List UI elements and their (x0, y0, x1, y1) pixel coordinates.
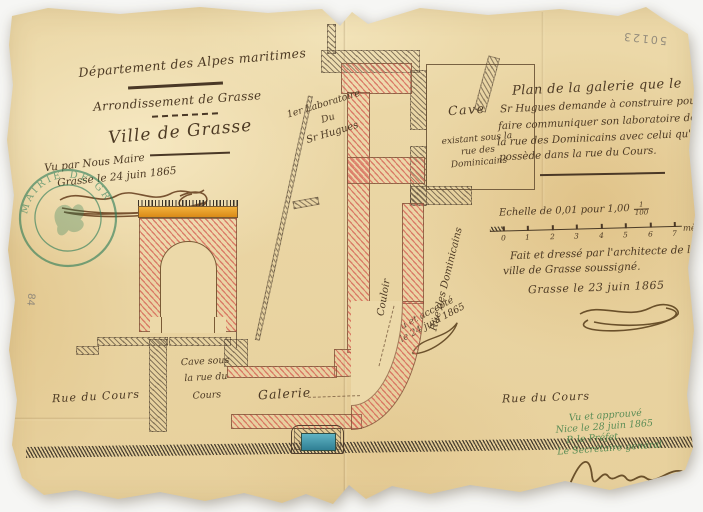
paper-shadow-wrap: Département des Alpes maritimes Arrondis… (0, 0, 703, 512)
scale-tick-label-3: 3 (574, 231, 579, 240)
scale-caption-text: Echelle de 0,01 pour 1,00 (499, 203, 630, 219)
scale-tick (625, 223, 627, 228)
arch-orange-band (138, 206, 238, 218)
header-divider-squiggle (152, 112, 218, 117)
gallery-mid-connector (347, 157, 425, 184)
scale-tick (601, 224, 603, 229)
scale-tick-label-7: 7 (672, 229, 677, 238)
pencil-margin-number: 84 (24, 293, 36, 307)
scale-tick-label-2: 2 (550, 232, 555, 241)
wall-cave-left (410, 70, 427, 130)
header-divider-1 (128, 82, 223, 89)
header-arrondissement: Arrondissement de Grasse (93, 88, 262, 114)
galerie-label: Galerie (258, 385, 312, 403)
arch-right-foot-cut (214, 317, 226, 333)
header-ville: Ville de Grasse (107, 116, 253, 149)
header-divider-2 (150, 152, 230, 157)
wall-left-step (76, 346, 99, 355)
arch-opening (160, 241, 217, 333)
mairie-stamp: MAIRIE DE GRASSE (6, 164, 130, 278)
wall-mid-horizontal (169, 337, 231, 346)
aged-paper-sheet: Département des Alpes maritimes Arrondis… (0, 0, 703, 512)
architect-signature-flourish (568, 294, 693, 336)
gallery-right-vertical (402, 203, 424, 304)
cave-label-title: Cave (448, 101, 486, 119)
rue-cours-label-right: Rue du Cours (502, 389, 590, 405)
rue-cours-label-left: Rue du Cours (52, 388, 141, 406)
scale-tick (552, 225, 554, 230)
fold-crease-left-horizontal (8, 417, 158, 421)
attribution-line-2: ville de Grasse soussigné. (503, 261, 641, 278)
basin-blue-fill (301, 433, 336, 451)
scale-tick (674, 222, 676, 227)
header-department: Département des Alpes maritimes (78, 45, 307, 80)
scanned-plan-photo: Département des Alpes maritimes Arrondis… (0, 0, 703, 512)
pencil-inventory-number: 50123 (621, 30, 667, 48)
scale-tick-label-0: 0 (501, 233, 506, 242)
scale-tick (503, 226, 505, 231)
scale-tick (527, 226, 529, 231)
wall-small-tick (293, 197, 320, 209)
attribution-line-1: Fait et dressé par l'architecte de la (510, 244, 697, 263)
wall-left-vertical (149, 339, 167, 432)
scale-fraction: 1100 (633, 201, 649, 217)
scale-bar-line (490, 226, 682, 232)
arch-left-foot-cut (150, 317, 162, 333)
scale-fraction-denominator: 100 (634, 209, 650, 217)
gallery-curve (351, 301, 424, 430)
street-basin-outline (291, 425, 344, 454)
title-underline (540, 172, 665, 176)
arch-drop-line (236, 332, 237, 348)
scale-bar: 0 1 2 3 4 5 6 7 mètres (490, 219, 703, 247)
gallery-top-horizontal (227, 366, 337, 378)
arch-elevation-body (139, 218, 237, 332)
scale-tick-label-6: 6 (648, 230, 653, 239)
prefect-signature-flourish (560, 448, 690, 500)
gallery-curve-inner-cut (351, 301, 403, 406)
scale-tick-label-4: 4 (599, 231, 604, 240)
scale-unit-label: mètres (683, 223, 703, 234)
cave-sous-line-2: la rue du (173, 365, 238, 391)
scale-tick-label-1: 1 (525, 233, 530, 242)
scale-caption: Echelle de 0,01 pour 1,001100 (499, 201, 650, 221)
scale-tick-label-5: 5 (623, 230, 628, 239)
title-line-1: Plan de la galerie que le (512, 76, 682, 98)
scale-tick (576, 225, 578, 230)
cave-sous-label: Cave sous la rue du Cours (173, 354, 239, 402)
scale-tick (650, 223, 652, 228)
